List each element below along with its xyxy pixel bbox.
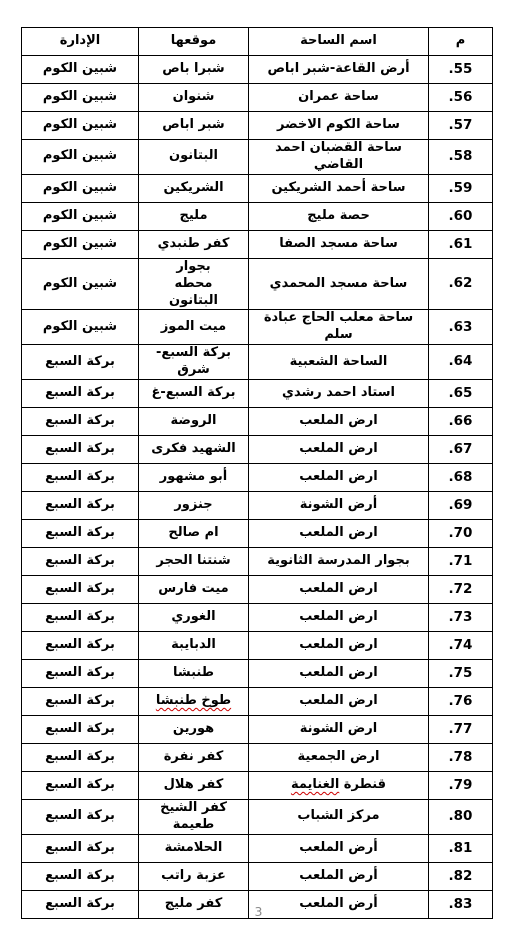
- row-number-cell: .67: [429, 436, 493, 464]
- admin-cell: شبين الكوم: [22, 174, 139, 202]
- square-name-cell: حصة مليج: [249, 202, 429, 230]
- table-header: م اسم الساحة موقعها الإدارة: [22, 28, 493, 56]
- admin-cell: شبين الكوم: [22, 56, 139, 84]
- square-name-cell: ارض الملعب: [249, 688, 429, 716]
- row-number-cell: .66: [429, 408, 493, 436]
- location-cell: الشهيد فكرى: [139, 436, 249, 464]
- admin-cell: شبين الكوم: [22, 230, 139, 258]
- square-name-cell: أرض الملعب: [249, 834, 429, 862]
- row-number-cell: .69: [429, 492, 493, 520]
- admin-cell: بركة السبع: [22, 716, 139, 744]
- location-cell: هورين: [139, 716, 249, 744]
- square-name-cell: الساحة الشعبية: [249, 345, 429, 380]
- admin-cell: شبين الكوم: [22, 84, 139, 112]
- square-name-cell: ارض الملعب: [249, 520, 429, 548]
- admin-cell: شبين الكوم: [22, 310, 139, 345]
- square-name-cell: ارض الشونة: [249, 716, 429, 744]
- admin-cell: بركة السبع: [22, 548, 139, 576]
- admin-cell: بركة السبع: [22, 345, 139, 380]
- table-row: .71بجوار المدرسة الثانويةشنتنا الحجربركة…: [22, 548, 493, 576]
- location-cell: ميت الموز: [139, 310, 249, 345]
- row-number-cell: .80: [429, 800, 493, 835]
- location-cell: الغوري: [139, 604, 249, 632]
- location-cell: شبرا باص: [139, 56, 249, 84]
- location-cell: طنبشا: [139, 660, 249, 688]
- table-row: .68ارض الملعبأبو مشهوربركة السبع: [22, 464, 493, 492]
- square-name-cell: ساحة مسجد الصفا: [249, 230, 429, 258]
- table-row: .78ارض الجمعيةكفر نفرةبركة السبع: [22, 744, 493, 772]
- admin-cell: بركة السبع: [22, 862, 139, 890]
- location-cell: أبو مشهور: [139, 464, 249, 492]
- location-cell: كفر هلال: [139, 772, 249, 800]
- row-number-cell: .64: [429, 345, 493, 380]
- spellcheck-underline: الغنايمة: [291, 777, 339, 792]
- square-name-cell: ساحة معلب الحاج عبادة سلم: [249, 310, 429, 345]
- row-number-cell: .61: [429, 230, 493, 258]
- square-name-cell: بجوار المدرسة الثانوية: [249, 548, 429, 576]
- location-cell: طوخ طنبشا: [139, 688, 249, 716]
- location-cell: كفر الشيخ طعيمة: [139, 800, 249, 835]
- admin-cell: بركة السبع: [22, 436, 139, 464]
- square-name-cell: ارض الملعب: [249, 660, 429, 688]
- table-row: .59ساحة أحمد الشريكينالشريكينشبين الكوم: [22, 174, 493, 202]
- row-number-cell: .78: [429, 744, 493, 772]
- header-row: م اسم الساحة موقعها الإدارة: [22, 28, 493, 56]
- row-number-cell: .55: [429, 56, 493, 84]
- admin-cell: بركة السبع: [22, 520, 139, 548]
- table-row: .77ارض الشونةهورينبركة السبع: [22, 716, 493, 744]
- location-cell: الروضة: [139, 408, 249, 436]
- table-row: .64الساحة الشعبيةبركة السبع-شرقبركة السب…: [22, 345, 493, 380]
- admin-cell: بركة السبع: [22, 380, 139, 408]
- square-name-cell: ساحة القضبان احمد القاضي: [249, 140, 429, 175]
- admin-cell: شبين الكوم: [22, 140, 139, 175]
- row-number-cell: .59: [429, 174, 493, 202]
- location-cell: مليج: [139, 202, 249, 230]
- spellcheck-underline: طوخ طنبشا: [156, 693, 231, 708]
- col-header-name: اسم الساحة: [249, 28, 429, 56]
- table-row: .56ساحة عمرانشنوانشبين الكوم: [22, 84, 493, 112]
- table-row: .62ساحة مسجد المحمديبجوار محطه البتانونش…: [22, 258, 493, 310]
- table-row: .55أرض القاعة-شبر اباصشبرا باصشبين الكوم: [22, 56, 493, 84]
- location-cell: جنزور: [139, 492, 249, 520]
- admin-cell: شبين الكوم: [22, 202, 139, 230]
- square-name-cell: ساحة عمران: [249, 84, 429, 112]
- admin-cell: شبين الكوم: [22, 258, 139, 310]
- location-cell: الدبايبة: [139, 632, 249, 660]
- location-cell: شنوان: [139, 84, 249, 112]
- row-number-cell: .68: [429, 464, 493, 492]
- page-number: 3: [0, 904, 517, 919]
- square-name-cell: ارض الملعب: [249, 408, 429, 436]
- row-number-cell: .75: [429, 660, 493, 688]
- square-name-cell: ارض الملعب: [249, 464, 429, 492]
- location-cell: عزبة راتب: [139, 862, 249, 890]
- admin-cell: بركة السبع: [22, 604, 139, 632]
- table-body: .55أرض القاعة-شبر اباصشبرا باصشبين الكوم…: [22, 56, 493, 919]
- table-row: .66ارض الملعبالروضةبركة السبع: [22, 408, 493, 436]
- row-number-cell: .62: [429, 258, 493, 310]
- row-number-cell: .57: [429, 112, 493, 140]
- square-name-cell: ارض الملعب: [249, 576, 429, 604]
- admin-cell: بركة السبع: [22, 408, 139, 436]
- location-cell: بركة السبع-شرق: [139, 345, 249, 380]
- table-row: .74ارض الملعبالدبايبةبركة السبع: [22, 632, 493, 660]
- location-cell: البتانون: [139, 140, 249, 175]
- admin-cell: بركة السبع: [22, 800, 139, 835]
- location-cell: ميت فارس: [139, 576, 249, 604]
- table-row: .67ارض الملعبالشهيد فكرىبركة السبع: [22, 436, 493, 464]
- row-number-cell: .73: [429, 604, 493, 632]
- document-page: م اسم الساحة موقعها الإدارة .55أرض القاع…: [0, 0, 517, 945]
- square-name-cell: ارض الملعب: [249, 436, 429, 464]
- location-cell: شنتنا الحجر: [139, 548, 249, 576]
- square-name-cell: أرض الشونة: [249, 492, 429, 520]
- square-name-cell: أرض القاعة-شبر اباص: [249, 56, 429, 84]
- admin-cell: بركة السبع: [22, 576, 139, 604]
- location-cell: بجوار محطه البتانون: [139, 258, 249, 310]
- row-number-cell: .72: [429, 576, 493, 604]
- table-row: .73ارض الملعبالغوريبركة السبع: [22, 604, 493, 632]
- table-row: .57ساحة الكوم الاخضرشبر اباصشبين الكوم: [22, 112, 493, 140]
- admin-cell: بركة السبع: [22, 834, 139, 862]
- square-name-cell: استاد احمد رشدي: [249, 380, 429, 408]
- table-row: .72ارض الملعبميت فارسبركة السبع: [22, 576, 493, 604]
- table-row: .60حصة مليجمليجشبين الكوم: [22, 202, 493, 230]
- admin-cell: بركة السبع: [22, 660, 139, 688]
- location-cell: الحلامشة: [139, 834, 249, 862]
- table-row: .79قنطرة الغنايمةكفر هلالبركة السبع: [22, 772, 493, 800]
- table-row: .65استاد احمد رشديبركة السبع-غبركة السبع: [22, 380, 493, 408]
- row-number-cell: .58: [429, 140, 493, 175]
- table-row: .80مركز الشبابكفر الشيخ طعيمةبركة السبع: [22, 800, 493, 835]
- table-row: .69أرض الشونةجنزوربركة السبع: [22, 492, 493, 520]
- admin-cell: بركة السبع: [22, 492, 139, 520]
- row-number-cell: .76: [429, 688, 493, 716]
- admin-cell: بركة السبع: [22, 744, 139, 772]
- row-number-cell: .56: [429, 84, 493, 112]
- row-number-cell: .60: [429, 202, 493, 230]
- row-number-cell: .63: [429, 310, 493, 345]
- table-row: .70ارض الملعبام صالحبركة السبع: [22, 520, 493, 548]
- row-number-cell: .65: [429, 380, 493, 408]
- admin-cell: بركة السبع: [22, 688, 139, 716]
- square-name-cell: أرض الملعب: [249, 862, 429, 890]
- row-number-cell: .79: [429, 772, 493, 800]
- table-row: .75ارض الملعبطنبشابركة السبع: [22, 660, 493, 688]
- square-name-cell: ساحة مسجد المحمدي: [249, 258, 429, 310]
- col-header-location: موقعها: [139, 28, 249, 56]
- square-name-cell: قنطرة الغنايمة: [249, 772, 429, 800]
- row-number-cell: .70: [429, 520, 493, 548]
- square-name-cell: ارض الجمعية: [249, 744, 429, 772]
- table-row: .82أرض الملعبعزبة راتببركة السبع: [22, 862, 493, 890]
- table-row: .63ساحة معلب الحاج عبادة سلمميت الموزشبي…: [22, 310, 493, 345]
- row-number-cell: .81: [429, 834, 493, 862]
- table-row: .76ارض الملعبطوخ طنبشابركة السبع: [22, 688, 493, 716]
- location-cell: شبر اباص: [139, 112, 249, 140]
- table-row: .61ساحة مسجد الصفاكفر طنبديشبين الكوم: [22, 230, 493, 258]
- square-name-cell: مركز الشباب: [249, 800, 429, 835]
- admin-cell: بركة السبع: [22, 464, 139, 492]
- square-name-cell: ارض الملعب: [249, 632, 429, 660]
- location-cell: الشريكين: [139, 174, 249, 202]
- location-cell: كفر طنبدي: [139, 230, 249, 258]
- location-cell: بركة السبع-غ: [139, 380, 249, 408]
- table-row: .58ساحة القضبان احمد القاضيالبتانونشبين …: [22, 140, 493, 175]
- table-row: .81أرض الملعبالحلامشةبركة السبع: [22, 834, 493, 862]
- squares-table: م اسم الساحة موقعها الإدارة .55أرض القاع…: [21, 27, 493, 919]
- col-header-admin: الإدارة: [22, 28, 139, 56]
- row-number-cell: .82: [429, 862, 493, 890]
- square-name-cell: ساحة الكوم الاخضر: [249, 112, 429, 140]
- row-number-cell: .77: [429, 716, 493, 744]
- location-cell: ام صالح: [139, 520, 249, 548]
- location-cell: كفر نفرة: [139, 744, 249, 772]
- col-header-number: م: [429, 28, 493, 56]
- row-number-cell: .71: [429, 548, 493, 576]
- square-name-cell: ارض الملعب: [249, 604, 429, 632]
- admin-cell: بركة السبع: [22, 632, 139, 660]
- square-name-cell: ساحة أحمد الشريكين: [249, 174, 429, 202]
- admin-cell: شبين الكوم: [22, 112, 139, 140]
- admin-cell: بركة السبع: [22, 772, 139, 800]
- row-number-cell: .74: [429, 632, 493, 660]
